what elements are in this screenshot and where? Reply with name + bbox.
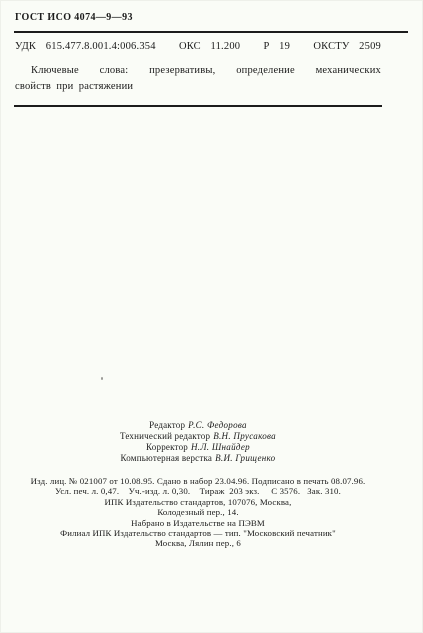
imprint-license-line: Изд. лиц. № 021007 от 10.08.95. Сдано в …: [14, 476, 382, 486]
imprint-address-line: Колодезный пер., 14.: [14, 507, 382, 517]
keywords-paragraph-line2: свойств при растяжении: [15, 81, 133, 92]
credit-role: Компьютерная верстка: [121, 453, 213, 463]
editorial-credits-block: РедакторР.С. Федорова Технический редакт…: [14, 420, 382, 464]
credit-name: В.Н. Прусакова: [213, 431, 276, 441]
imprint-city-line: Москва, Лялин пер., 6: [14, 538, 382, 548]
credit-role: Редактор: [149, 420, 185, 430]
header-divider-rule: [14, 31, 408, 33]
scan-artifact-speck: [101, 377, 103, 380]
section-divider-rule: [14, 105, 382, 107]
imprint-branch-line: Филиал ИПК Издательство стандартов — тип…: [14, 528, 382, 538]
credit-line-tech-editor: Технический редакторВ.Н. Прусакова: [14, 431, 382, 442]
udk-code: УДК 615.477.8.001.4:006.354: [15, 41, 156, 52]
okstu-code: ОКСТУ 2509: [313, 41, 381, 52]
keywords-paragraph-line1: Ключевые слова: презервативы, определени…: [31, 65, 381, 76]
oks-code: ОКС 11.200: [179, 41, 240, 52]
credit-line-editor: РедакторР.С. Федорова: [14, 420, 382, 431]
standard-number-heading: ГОСТ ИСО 4074—9—93: [15, 12, 133, 23]
imprint-block: Изд. лиц. № 021007 от 10.08.95. Сдано в …: [14, 476, 382, 549]
imprint-stats-line: Усл. печ. л. 0,47. Уч.-изд. л. 0,30. Тир…: [14, 486, 382, 496]
credit-name: Н.Л. Шнайдер: [191, 442, 250, 452]
credit-name: В.И. Грищенко: [215, 453, 275, 463]
credit-line-layout: Компьютерная версткаВ.И. Грищенко: [14, 453, 382, 464]
credit-role: Технический редактор: [120, 431, 210, 441]
group-code: Р 19: [263, 41, 290, 52]
credit-role: Корректор: [146, 442, 188, 452]
document-page: ГОСТ ИСО 4074—9—93 УДК 615.477.8.001.4:0…: [0, 0, 423, 633]
imprint-typeset-line: Набрано в Издательстве на ПЭВМ: [14, 518, 382, 528]
imprint-publisher-line: ИПК Издательство стандартов, 107076, Мос…: [14, 497, 382, 507]
classification-codes-row: УДК 615.477.8.001.4:006.354 ОКС 11.200 Р…: [15, 41, 381, 52]
credit-line-proofreader: КорректорН.Л. Шнайдер: [14, 442, 382, 453]
credit-name: Р.С. Федорова: [188, 420, 247, 430]
